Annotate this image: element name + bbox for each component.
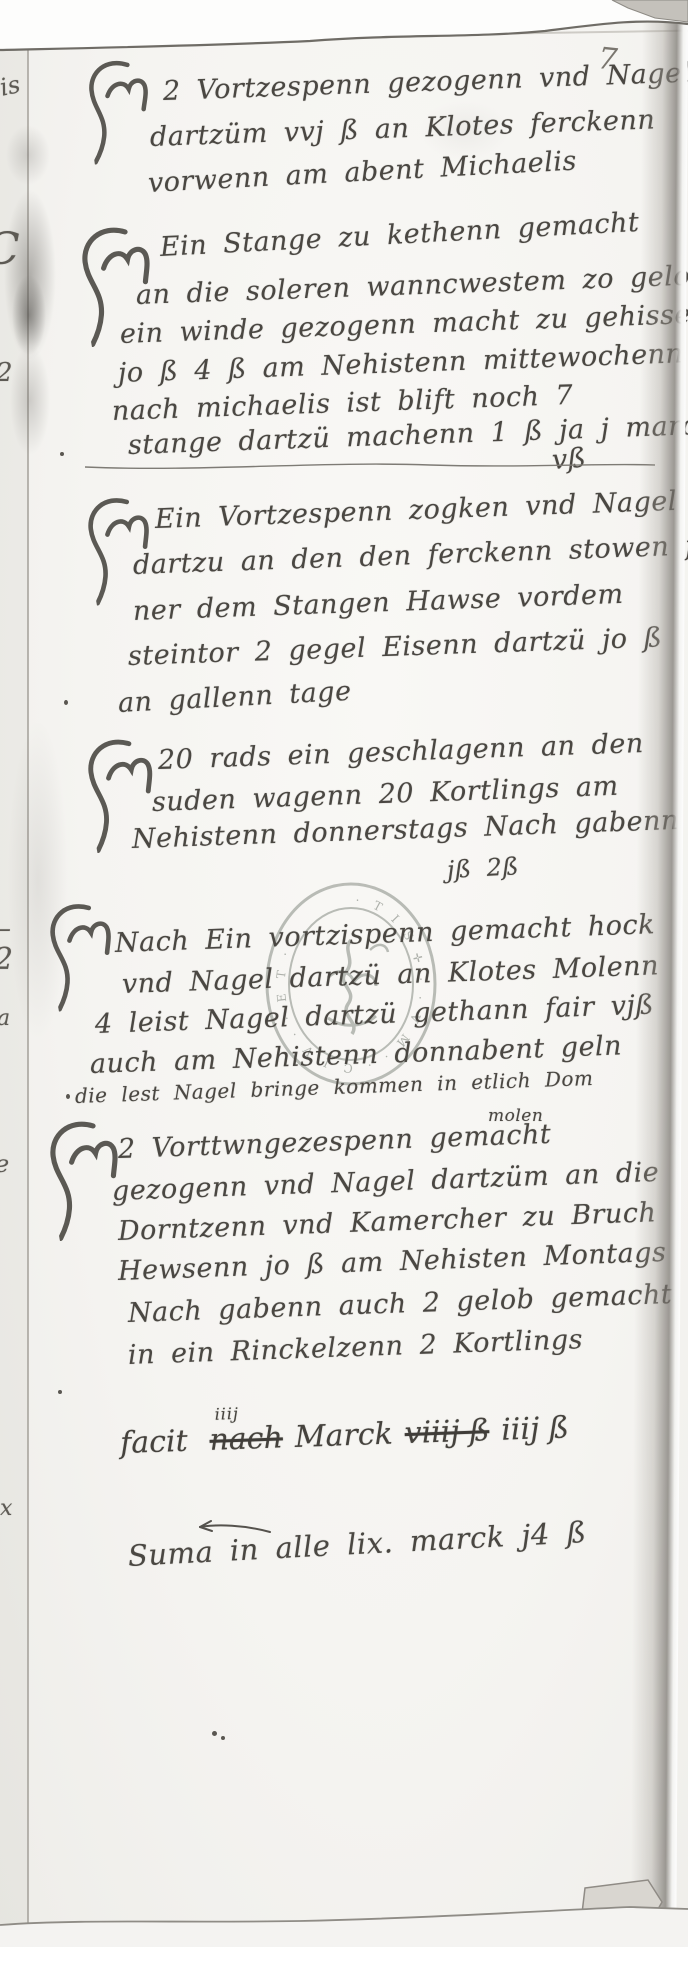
margin-fragment: 2 — [0, 942, 13, 977]
margin-fragment: a — [0, 1006, 10, 1031]
margin-fragment: 2 — [0, 358, 13, 388]
margin-fragment: – — [0, 914, 11, 944]
entry-1-line-1: 2 Vortzespenn gezogenn vnd Nagel — [163, 60, 688, 105]
entry-5-line-3: 4 leist Nagel dartzü gethann fair vjß — [95, 991, 655, 1037]
entry-6-line-3: Dorntzenn vnd Kamercher zu Bruch — [118, 1199, 657, 1245]
marck-word: Marck — [294, 1417, 393, 1455]
entry-6-line-2: gezogenn vnd Nagel dartzüm an die — [112, 1159, 660, 1205]
entry-1-line-2: dartzüm vvj ß an Klotes ferckenn — [150, 106, 656, 151]
entry-6-line-6: in ein Rinckelzenn 2 Kortlings — [128, 1326, 584, 1369]
paragraph-mark-icon — [81, 54, 166, 173]
summa-line: Suma in alle lix. marck j4 ß — [127, 1518, 587, 1571]
margin-fragment: e — [0, 1150, 9, 1178]
entry-5-line-1: Nach Ein vortzispenn gemacht hock — [115, 911, 656, 957]
final-amount: iiij ß — [501, 1410, 570, 1447]
entry-3-line-2: dartzu an den den ferckenn stowen fro — [133, 531, 688, 579]
margin-fragment: is — [0, 70, 23, 102]
handwriting-layer: 7 is C 2 – 2 a e x 2 Vortzespenn gezogen… — [0, 0, 688, 1963]
entry-3-line-1: Ein Vortzespenn zogken vnd Nagel — [155, 488, 678, 533]
struck-amount: viiij ß — [404, 1413, 490, 1451]
entry-6-line-1: 2 Vorttwngezespenn gemacht — [118, 1121, 552, 1163]
entry-1-line-3: vorwenn am abent Michaelis — [147, 148, 577, 197]
entry-4-amount: jß 2ß — [446, 854, 519, 882]
entry-6-line-5: Nach gabenn auch 2 gelob gemacht — [128, 1281, 673, 1327]
margin-fragment: x — [0, 1496, 12, 1521]
corrected-amount: iiijnach — [209, 1420, 284, 1458]
entry-3-line-5: an gallenn tage — [117, 678, 352, 717]
entry-6-line-4: Hewsenn jo ß am Nehisten Montags — [118, 1239, 667, 1285]
entry-2-line-7: vß — [551, 445, 587, 474]
margin-fragment: C — [0, 224, 20, 275]
entry-2-line-4: jo ß 4 ß am Nehistenn mittewochenn — [118, 340, 684, 387]
facit-word: facit — [120, 1424, 189, 1461]
manuscript-page: · T I S ✛ · · V M · · C I V · · E T · 7 … — [0, 0, 688, 1963]
facit-total-line: facitiiijnachMarckviiij ßiiij ß — [120, 1410, 582, 1461]
entry-3-line-3: ner dem Stangen Hawse vordem — [133, 581, 624, 625]
entry-3-line-4: steintor 2 gegel Eisenn dartzü jo ß — [128, 624, 663, 670]
entry-2-line-1: Ein Stange zu kethenn gemacht — [159, 209, 640, 261]
superscript-correction: iiij — [214, 1404, 239, 1424]
struck-word: nach — [209, 1420, 284, 1458]
entry-4-line-1: 20 rads ein geschlagenn an den — [158, 730, 645, 774]
